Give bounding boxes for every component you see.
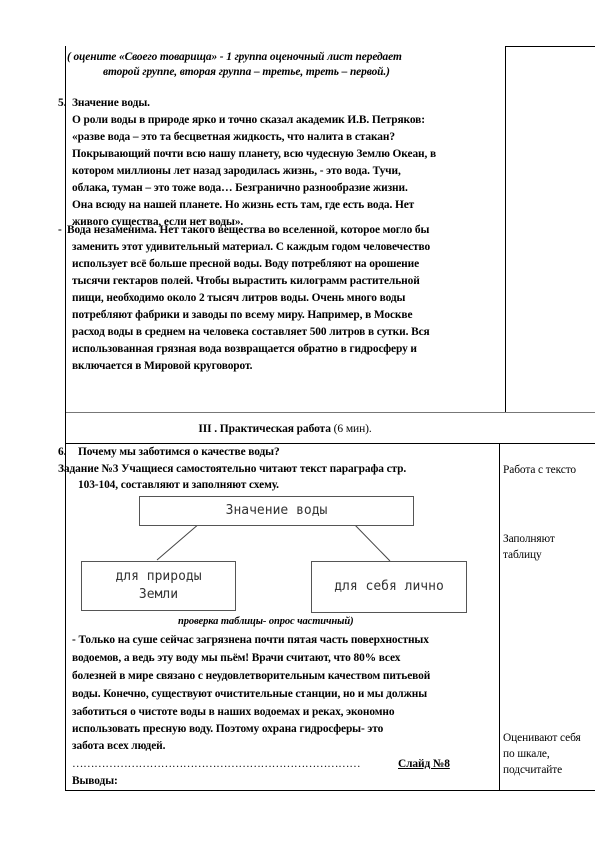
text-line: забота всех людей. — [72, 739, 165, 753]
diagram-box-water-value: Значение воды — [139, 496, 414, 526]
side-fill-table-2: таблицу — [503, 548, 542, 562]
text-line: воды. Конечно, существуют очистительные … — [72, 687, 427, 701]
text-line: использовать пресную воду. Поэтому охран… — [72, 722, 383, 736]
text-line: болезней в мире связано с неудовлетворит… — [72, 669, 430, 683]
diagram-box-for-self: для себя лично — [311, 561, 467, 613]
check-note: проверка таблицы- опрос частичный) — [178, 615, 354, 629]
side-evaluate-2: по шкале, — [503, 747, 550, 761]
text-normal: использовать пресную воду. — [72, 723, 216, 735]
slide-reference: Слайд №8 — [398, 757, 450, 771]
text-line: водоемов, а ведь эту воду мы пьём! Врачи… — [72, 651, 400, 665]
text-line: заботиться о чистоте воды в наших водоем… — [72, 705, 394, 719]
text-emphasis: Поэтому охрана гидросферы- это — [216, 723, 383, 735]
conclusions-label: Выводы: — [72, 774, 118, 788]
dotted-leader: …………………………………………………………………… — [72, 757, 397, 771]
side-work-with-text: Работа с тексто — [503, 463, 595, 477]
diagram-box-for-nature: для природы Земли — [81, 561, 236, 611]
diagram-box-for-nature-line2: Земли — [139, 586, 178, 604]
side-evaluate-1: Оценивают себя — [503, 731, 595, 745]
text-line: - Только на суше сейчас загрязнена почти… — [72, 633, 429, 647]
side-fill-table-1: Заполняют — [503, 532, 555, 546]
diagram-box-for-nature-line1: для природы — [115, 568, 201, 586]
side-evaluate-3: подсчитайте — [503, 763, 562, 777]
